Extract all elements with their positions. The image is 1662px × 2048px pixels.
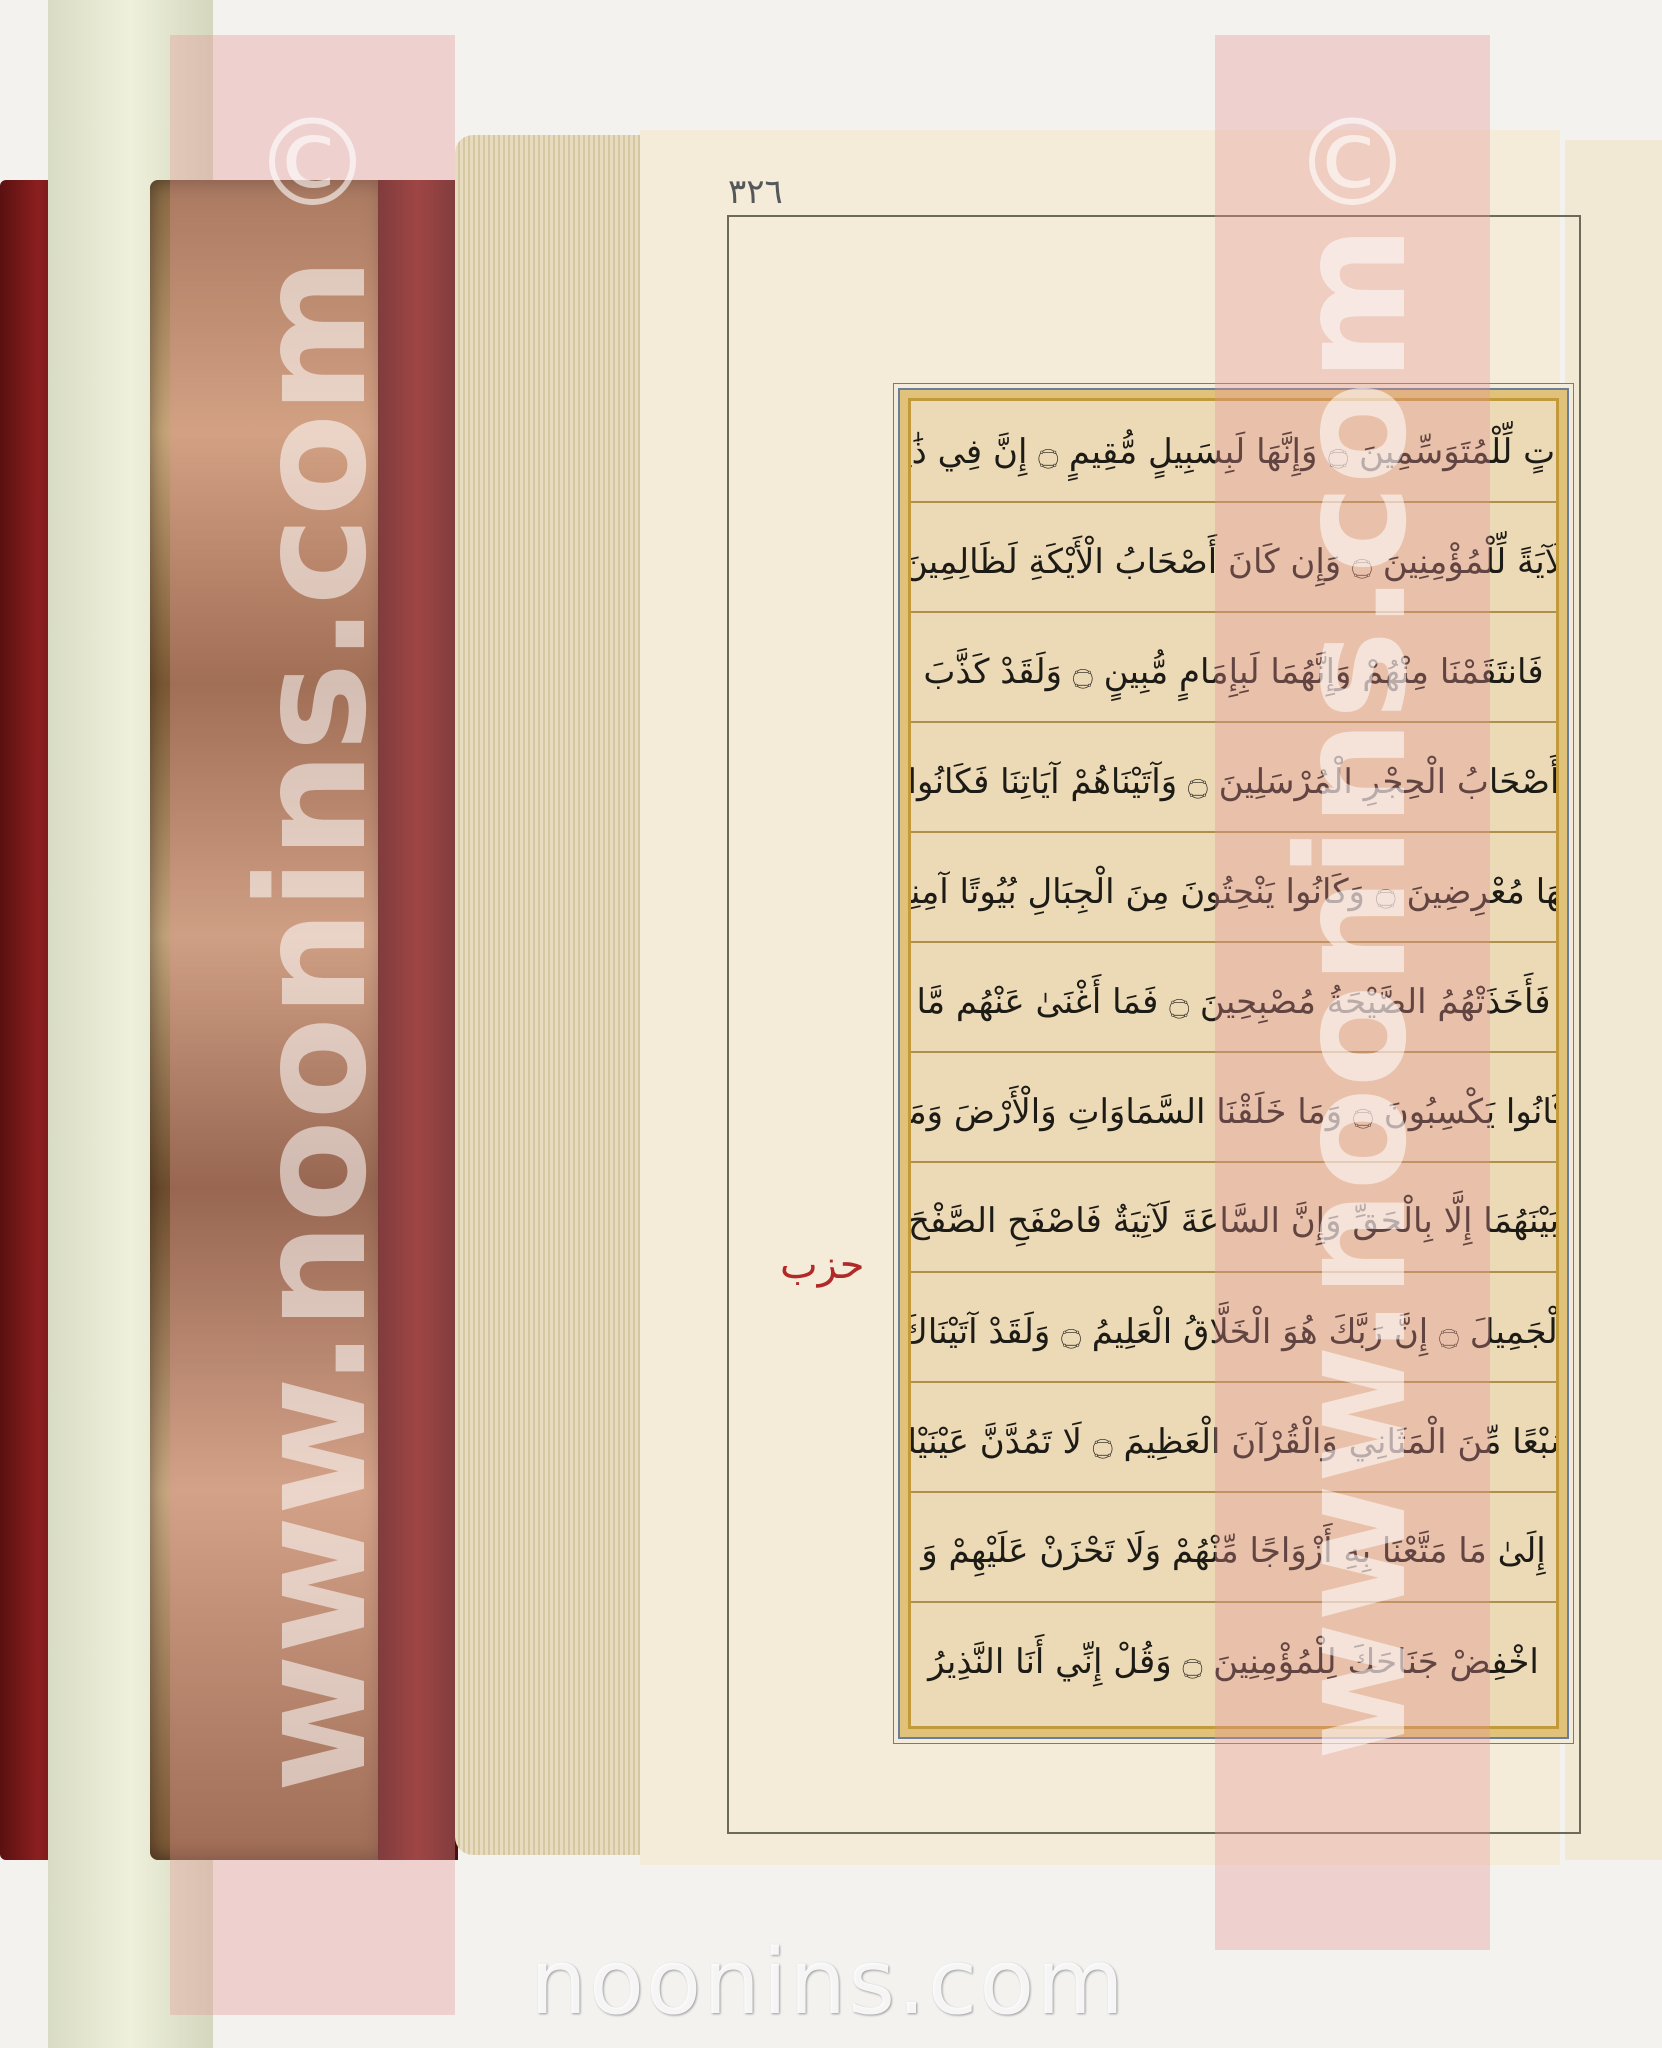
watermark-text: www.noonins.com xyxy=(226,257,400,1793)
copyright-icon: © xyxy=(1293,95,1413,234)
margin-note: حزب xyxy=(780,1242,864,1288)
watermark-band-right: © www.noonins.com xyxy=(1215,35,1490,1950)
page-number: ٣٢٦ xyxy=(728,172,783,212)
page-edges xyxy=(455,135,645,1855)
copyright-icon: © xyxy=(253,95,373,234)
watermark-bottom: noonins.com xyxy=(530,1930,1126,2035)
watermark-band-left: © www.noonins.com xyxy=(170,35,455,2015)
watermark-text: www.noonins.com xyxy=(1266,225,1440,1761)
